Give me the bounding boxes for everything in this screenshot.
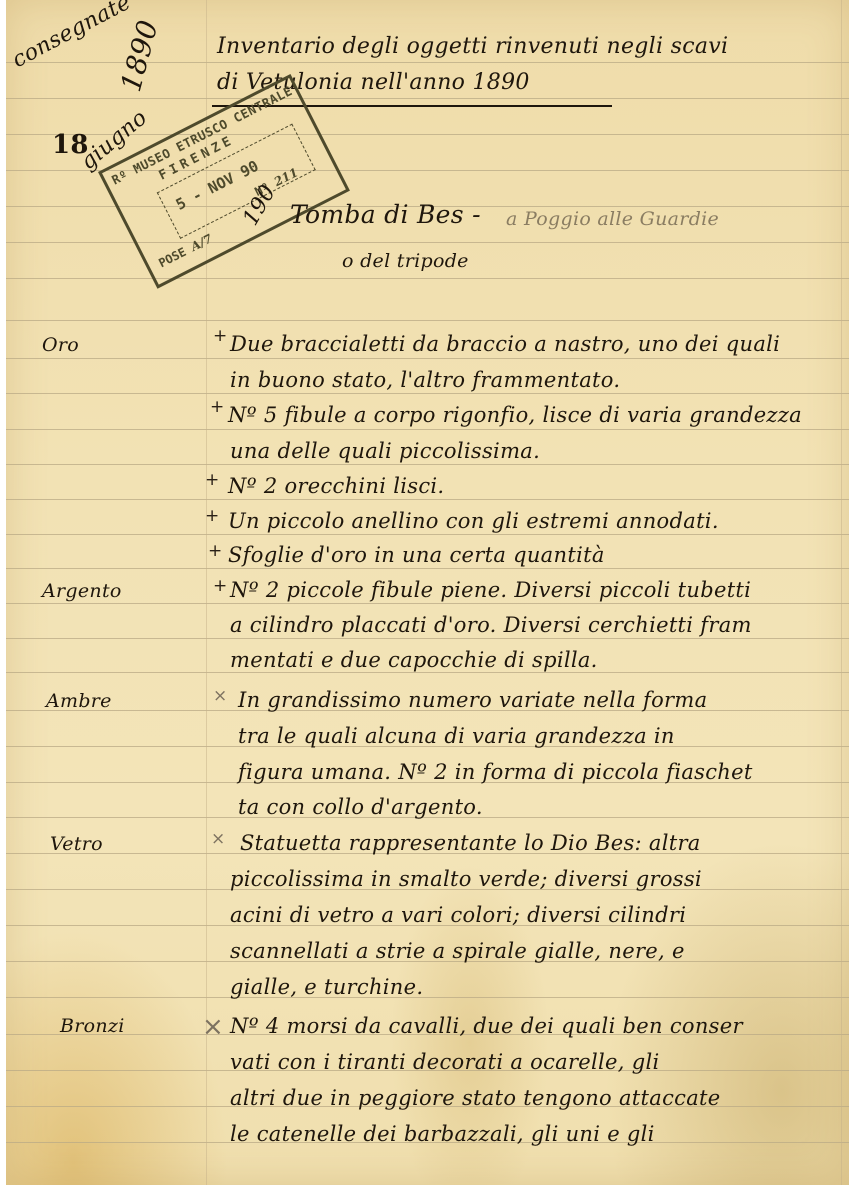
margin-rule xyxy=(841,0,842,1185)
entry-line: mentati e due capocchie di spilla. xyxy=(230,648,598,672)
ruled-line xyxy=(6,320,849,321)
checkmark-cross: + xyxy=(208,541,222,561)
checkmark-cross: + xyxy=(205,470,219,490)
checkmark-cross: + xyxy=(205,506,219,526)
entry-line: le catenelle dei barbazzali, gli uni e g… xyxy=(230,1122,655,1146)
entry-line: in buono stato, l'altro frammentato. xyxy=(230,368,620,392)
entry-line: Statuetta rappresentante lo Dio Bes: alt… xyxy=(240,831,701,855)
entry-line: scannellati a strie a spirale gialle, ne… xyxy=(230,939,685,963)
entry-line: Sfoglie d'oro in una certa quantità xyxy=(228,543,605,567)
category-label-ambre: Ambre xyxy=(46,690,112,712)
margin-note-year: 1890 xyxy=(114,16,165,95)
ruled-line xyxy=(6,534,849,535)
ruled-line xyxy=(6,499,849,500)
checkmark-cross: + xyxy=(210,397,224,417)
tomb-subheading: o del tripode xyxy=(342,250,469,272)
tomb-heading: Tomba di Bes - xyxy=(290,200,481,229)
entry-line: acini di vetro a vari colori; diversi ci… xyxy=(230,903,686,927)
ledger-page: consegnate 1890 18 giugno Inventario deg… xyxy=(6,0,849,1185)
checkmark-cross: × xyxy=(211,829,225,849)
category-label-bronzi: Bronzi xyxy=(60,1015,125,1037)
ruled-line xyxy=(6,638,849,639)
entry-line: tra le quali alcuna di varia grandezza i… xyxy=(238,724,675,748)
category-label-vetro: Vetro xyxy=(50,833,103,855)
entry-line: gialle, e turchine. xyxy=(230,975,423,999)
entry-line: altri due in peggiore stato tengono atta… xyxy=(230,1086,721,1110)
ruled-line xyxy=(6,568,849,569)
ruled-line xyxy=(6,997,849,998)
checkmark-cross: × xyxy=(213,686,227,706)
entry-line: a cilindro placcati d'oro. Diversi cerch… xyxy=(230,613,752,637)
entry-line: Nº 2 piccole fibule piene. Diversi picco… xyxy=(230,578,751,602)
entry-line: una delle quali piccolissima. xyxy=(230,439,540,463)
ruled-line xyxy=(6,242,849,243)
ruled-line xyxy=(6,603,849,604)
entry-line: figura umana. Nº 2 in forma di piccola f… xyxy=(238,760,753,784)
ruled-line xyxy=(6,278,849,279)
category-label-oro: Oro xyxy=(42,334,79,356)
entry-line: Nº 2 orecchini lisci. xyxy=(228,474,444,498)
entry-line: Nº 5 fibule a corpo rigonfio, lisce di v… xyxy=(228,403,802,427)
tomb-added-note: a Poggio alle Guardie xyxy=(506,208,719,230)
ruled-line xyxy=(6,672,849,673)
title-line-1: Inventario degli oggetti rinvenuti negli… xyxy=(217,34,728,59)
checkmark-cross: + xyxy=(213,326,227,346)
ruled-line xyxy=(6,464,849,465)
entry-line: Nº 4 morsi da cavalli, due dei quali ben… xyxy=(230,1014,743,1038)
entry-line: piccolissima in smalto verde; diversi gr… xyxy=(230,867,702,891)
ruled-line xyxy=(6,429,849,430)
entry-line: Due braccialetti da braccio a nastro, un… xyxy=(230,332,780,356)
ruled-line xyxy=(6,393,849,394)
checkmark-cross: × xyxy=(202,1012,224,1042)
entry-line: In grandissimo numero variate nella form… xyxy=(238,688,707,712)
ruled-line xyxy=(6,98,849,99)
entry-line: ta con collo d'argento. xyxy=(238,795,483,819)
ruled-line xyxy=(6,358,849,359)
category-label-argento: Argento xyxy=(42,580,122,602)
entry-line: vati con i tiranti decorati a ocarelle, … xyxy=(230,1050,660,1074)
checkmark-cross: + xyxy=(213,576,227,596)
entry-line: Un piccolo anellino con gli estremi anno… xyxy=(228,509,719,533)
